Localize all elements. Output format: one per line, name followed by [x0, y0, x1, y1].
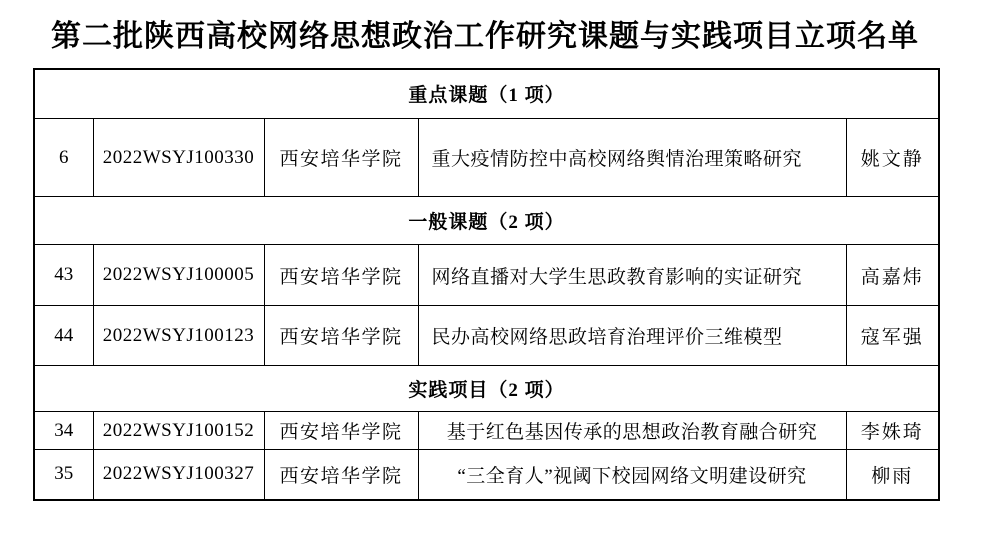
table-row: 442022WSYJ100123西安培华学院民办高校网络思政培育治理评价三维模型…	[34, 306, 939, 366]
leader-cell: 高嘉炜	[846, 245, 939, 306]
table-row: 352022WSYJ100327西安培华学院“三全育人”视阈下校园网络文明建设研…	[34, 450, 939, 500]
leader-cell: 柳雨	[846, 450, 939, 500]
school-cell: 西安培华学院	[264, 119, 418, 197]
section-header: 一般课题（2 项）	[34, 197, 939, 245]
serial-cell: 35	[34, 450, 93, 500]
projects-table-body: 重点课题（1 项）62022WSYJ100330西安培华学院重大疫情防控中高校网…	[34, 69, 939, 500]
projects-table: 重点课题（1 项）62022WSYJ100330西安培华学院重大疫情防控中高校网…	[33, 68, 940, 501]
code-cell: 2022WSYJ100152	[93, 412, 264, 450]
leader-cell: 寇军强	[846, 306, 939, 366]
serial-cell: 43	[34, 245, 93, 306]
project-cell: 重大疫情防控中高校网络舆情治理策略研究	[418, 119, 846, 197]
project-cell: “三全育人”视阈下校园网络文明建设研究	[418, 450, 846, 500]
section-header-row: 重点课题（1 项）	[34, 69, 939, 119]
school-cell: 西安培华学院	[264, 450, 418, 500]
project-cell: 网络直播对大学生思政教育影响的实证研究	[418, 245, 846, 306]
section-header: 重点课题（1 项）	[34, 69, 939, 119]
code-cell: 2022WSYJ100123	[93, 306, 264, 366]
code-cell: 2022WSYJ100005	[93, 245, 264, 306]
project-cell: 民办高校网络思政培育治理评价三维模型	[418, 306, 846, 366]
serial-cell: 34	[34, 412, 93, 450]
school-cell: 西安培华学院	[264, 306, 418, 366]
section-header-row: 实践项目（2 项）	[34, 366, 939, 412]
table-row: 342022WSYJ100152西安培华学院基于红色基因传承的思想政治教育融合研…	[34, 412, 939, 450]
leader-cell: 李姝琦	[846, 412, 939, 450]
code-cell: 2022WSYJ100330	[93, 119, 264, 197]
table-row: 62022WSYJ100330西安培华学院重大疫情防控中高校网络舆情治理策略研究…	[34, 119, 939, 197]
school-cell: 西安培华学院	[264, 412, 418, 450]
table-row: 432022WSYJ100005西安培华学院网络直播对大学生思政教育影响的实证研…	[34, 245, 939, 306]
code-cell: 2022WSYJ100327	[93, 450, 264, 500]
school-cell: 西安培华学院	[264, 245, 418, 306]
section-header: 实践项目（2 项）	[34, 366, 939, 412]
serial-cell: 6	[34, 119, 93, 197]
serial-cell: 44	[34, 306, 93, 366]
section-header-row: 一般课题（2 项）	[34, 197, 939, 245]
leader-cell: 姚文静	[846, 119, 939, 197]
page-title: 第二批陕西高校网络思想政治工作研究课题与实践项目立项名单	[0, 20, 970, 55]
project-cell: 基于红色基因传承的思想政治教育融合研究	[418, 412, 846, 450]
